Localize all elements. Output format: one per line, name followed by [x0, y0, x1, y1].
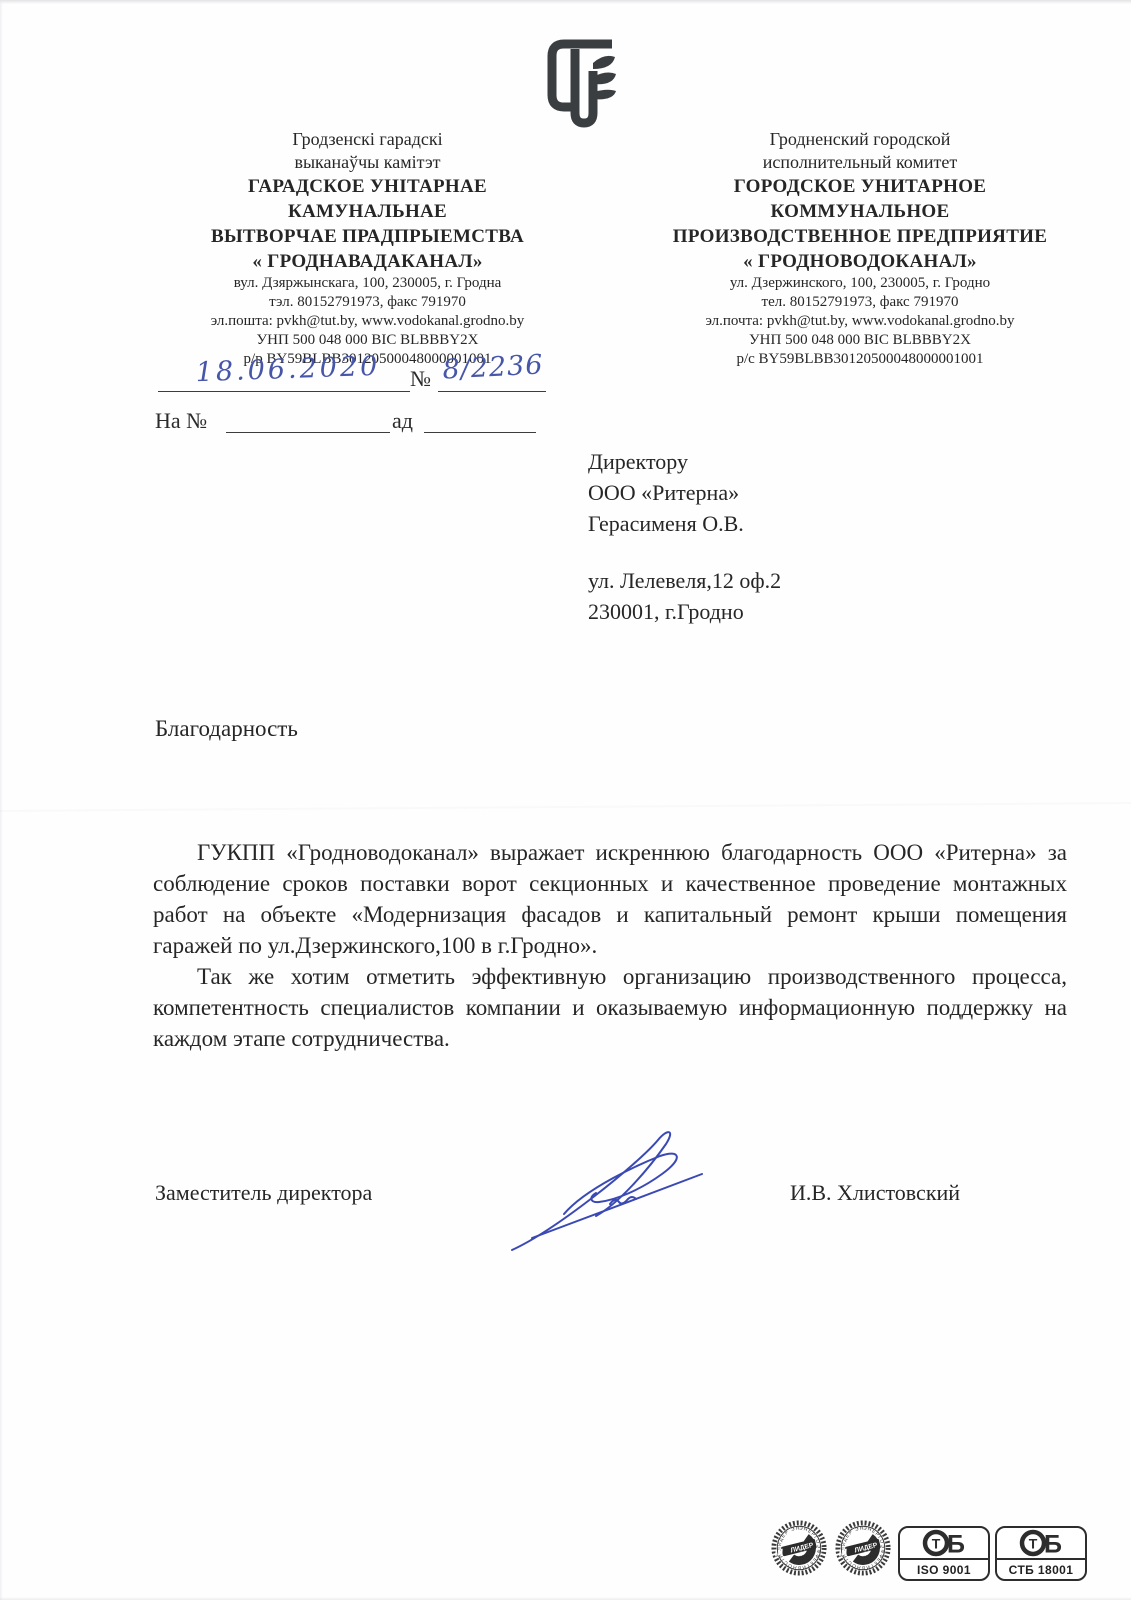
org-line: ПРОИЗВОДСТВЕННОЕ ПРЕДПРИЯТИЕ	[660, 224, 1060, 249]
stb-mark-b: Б	[947, 1531, 965, 1559]
scan-edge-left	[0, 0, 3, 1600]
leader-medal-icon: ЭНЕРГОЭФФЕКТИВНОСТИ ЛИДЕР ЭНЕРГОЭФФЕКТИВ…	[834, 1519, 892, 1577]
org-line: исполнительный комитет	[660, 151, 1060, 174]
signatory-name: И.В. Хлистовский	[790, 1180, 960, 1206]
addressee-person: Герасименя О.В.	[588, 508, 781, 539]
org-line: ГОРОДСКОЕ УНИТАРНОЕ	[660, 174, 1060, 199]
org-email: эл.почта: pvkh@tut.by, www.vodokanal.gro…	[660, 312, 1060, 331]
letter-body: ГУКПП «Гродноводоканал» выражает искренн…	[153, 837, 1067, 1054]
date-underline	[158, 391, 410, 392]
scan-edge-top	[0, 0, 1131, 4]
addressee-city: 230001, г.Гродно	[588, 596, 781, 627]
org-line: КОММУНАЛЬНОЕ	[660, 199, 1060, 224]
letter-number-handwritten: 8/2236	[437, 349, 548, 386]
number-underline	[438, 391, 546, 392]
monogram-icon	[542, 33, 616, 131]
org-header-belarusian: Гродзенскі гарадскі выканаўчы камітэт ГА…	[170, 128, 565, 369]
on-number-label: На №	[155, 408, 207, 434]
addressee-company: ООО «Ритерна»	[588, 477, 781, 508]
org-account: р/с BY59BLBB30120500048000001001	[660, 350, 1060, 369]
org-line: КАМУНАЛЬНАЕ	[170, 199, 565, 224]
org-line: выканаўчы камітэт	[170, 151, 565, 174]
signatory-position: Заместитель директора	[155, 1180, 372, 1206]
org-line: Гродненский городской	[660, 128, 1060, 151]
paper-crease	[0, 802, 1131, 812]
ad-label: ад	[392, 408, 413, 434]
body-paragraph-2: Так же хотим отметить эффективную органи…	[153, 961, 1067, 1054]
cert-label: СТБ 18001	[997, 1558, 1085, 1579]
body-paragraph-1: ГУКПП «Гродноводоканал» выражает искренн…	[153, 837, 1067, 961]
org-line: Гродзенскі гарадскі	[170, 128, 565, 151]
leader-medal-icon: ЭНЕРГОЭФФЕКТИВНОСТИ ЛИДЕР ЭНЕРГОЭФФЕКТИВ…	[770, 1519, 828, 1577]
org-unp: УНП 500 048 000 BIC BLBBBY2X	[170, 331, 565, 350]
stb-mark-b: Б	[1044, 1531, 1062, 1559]
cert-stamp-stb18001: Т Б СТБ 18001	[995, 1526, 1087, 1581]
medal-leader-1: ЭНЕРГОЭФФЕКТИВНОСТИ ЛИДЕР ЭНЕРГОЭФФЕКТИВ…	[770, 1519, 828, 1577]
handwritten-signature	[498, 1112, 718, 1260]
org-unp: УНП 500 048 000 BIC BLBBBY2X	[660, 331, 1060, 350]
org-line: « ГРОДНАВАДАКАНАЛ»	[170, 249, 565, 274]
stb-mark: Т Б	[900, 1528, 988, 1558]
stb-mark: Т Б	[997, 1528, 1085, 1558]
organization-logo	[542, 33, 616, 131]
addressee-street: ул. Лелевеля,12 оф.2	[588, 565, 781, 596]
addressee-title: Директору	[588, 446, 781, 477]
org-phone: тэл. 80152791973, факс 791970	[170, 293, 565, 312]
addressee-block: Директору ООО «Ритерна» Герасименя О.В. …	[588, 446, 781, 627]
stb-mark-icon: Т Б	[919, 1528, 969, 1558]
medal-leader-2: ЭНЕРГОЭФФЕКТИВНОСТИ ЛИДЕР ЭНЕРГОЭФФЕКТИВ…	[834, 1519, 892, 1577]
org-line: « ГРОДНОВОДОКАНАЛ»	[660, 249, 1060, 274]
signature-icon	[498, 1112, 718, 1260]
cert-stamp-iso9001: Т Б ISO 9001	[898, 1526, 990, 1581]
stb-mark-t: Т	[932, 1536, 941, 1552]
stb-mark-icon: Т Б	[1016, 1528, 1066, 1558]
org-line: ВЫТВОРЧАЕ ПРАДПРЫЕМСТВА	[170, 224, 565, 249]
org-address: ул. Дзержинского, 100, 230005, г. Гродно	[660, 274, 1060, 293]
org-phone: тел. 80152791973, факс 791970	[660, 293, 1060, 312]
number-sign-label: №	[410, 366, 431, 392]
stb-mark-t: Т	[1029, 1536, 1038, 1552]
scanned-letter-page: Гродзенскі гарадскі выканаўчы камітэт ГА…	[0, 0, 1131, 1600]
cert-label: ISO 9001	[900, 1558, 988, 1579]
org-line: ГАРАДСКОЕ УНІТАРНАЕ	[170, 174, 565, 199]
org-address: вул. Дзяржынскага, 100, 230005, г. Гродн…	[170, 274, 565, 293]
ad-underline	[424, 432, 536, 433]
on-number-underline	[226, 432, 390, 433]
org-email: эл.пошта: pvkh@tut.by, www.vodokanal.gro…	[170, 312, 565, 331]
letter-subject: Благодарность	[155, 716, 298, 742]
org-header-russian: Гродненский городской исполнительный ком…	[660, 128, 1060, 369]
